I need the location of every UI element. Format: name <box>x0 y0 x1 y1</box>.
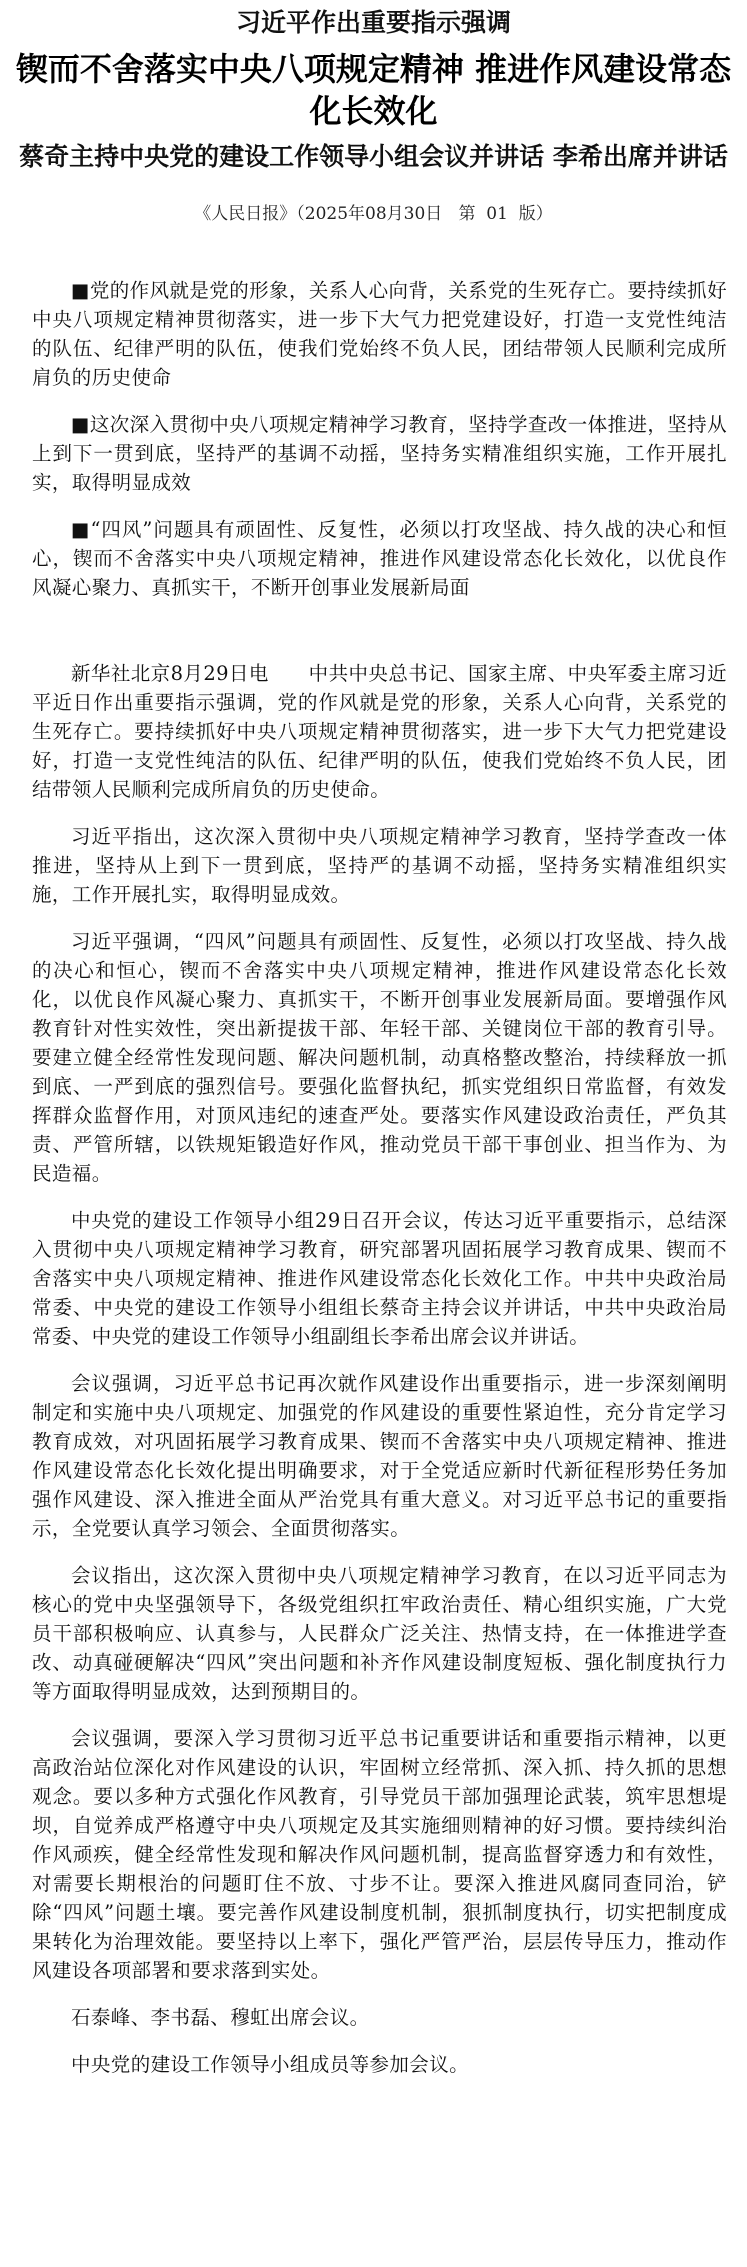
body-paragraph-participants: 中央党的建设工作领导小组成员等参加会议。 <box>32 2050 727 2079</box>
summary-text: 这次深入贯彻中央八项规定精神学习教育，坚持学查改一体推进，坚持从上到下一贯到底，… <box>32 413 727 494</box>
article-body: 新华社北京8月29日电 中共中央总书记、国家主席、中央军委主席习近平近日作出重要… <box>32 659 727 2079</box>
article-subhead: 蔡奇主持中央党的建设工作领导小组会议并讲话 李希出席并讲话 <box>0 140 747 174</box>
body-paragraph-dateline: 新华社北京8月29日电 中共中央总书记、国家主席、中央军委主席习近平近日作出重要… <box>32 659 727 804</box>
publication-source: 《人民日报》（2025年08月30日 第 01 版） <box>0 202 747 226</box>
body-paragraph: 习近平指出，这次深入贯彻中央八项规定精神学习教育，坚持学查改一体推进，坚持从上到… <box>32 822 727 909</box>
summary-item: ■党的作风就是党的形象，关系人心向背，关系党的生死存亡。要持续抓好中央八项规定精… <box>32 276 727 392</box>
summary-item: ■这次深入贯彻中央八项规定精神学习教育，坚持学查改一体推进，坚持从上到下一贯到底… <box>32 410 727 497</box>
summary-item: ■“四风”问题具有顽固性、反复性，必须以打攻坚战、持久战的决心和恒心，锲而不舍落… <box>32 515 727 602</box>
article-content: ■党的作风就是党的形象，关系人心向背，关系党的生死存亡。要持续抓好中央八项规定精… <box>0 276 747 2079</box>
body-paragraph: 中央党的建设工作领导小组29日召开会议，传达习近平重要指示，总结深入贯彻中央八项… <box>32 1206 727 1351</box>
square-bullet-icon: ■ <box>71 518 90 541</box>
square-bullet-icon: ■ <box>71 413 90 436</box>
body-paragraph: 习近平强调，“四风”问题具有顽固性、反复性，必须以打攻坚战、持久战的决心和恒心，… <box>32 927 727 1188</box>
body-paragraph: 会议指出，这次深入贯彻中央八项规定精神学习教育，在以习近平同志为核心的党中央坚强… <box>32 1561 727 1706</box>
article-kicker: 习近平作出重要指示强调 <box>0 0 747 40</box>
summary-text: “四风”问题具有顽固性、反复性，必须以打攻坚战、持久战的决心和恒心，锲而不舍落实… <box>32 518 727 599</box>
body-paragraph-attendees: 石泰峰、李书磊、穆虹出席会议。 <box>32 2003 727 2032</box>
summary-section: ■党的作风就是党的形象，关系人心向背，关系党的生死存亡。要持续抓好中央八项规定精… <box>32 276 727 602</box>
article-headline: 锲而不舍落实中央八项规定精神 推进作风建设常态化长效化 <box>0 48 747 132</box>
article-page: 习近平作出重要指示强调 锲而不舍落实中央八项规定精神 推进作风建设常态化长效化 … <box>0 0 747 2079</box>
body-paragraph: 会议强调，要深入学习贯彻习近平总书记重要讲话和重要指示精神，以更高政治站位深化对… <box>32 1724 727 1985</box>
summary-text: 党的作风就是党的形象，关系人心向背，关系党的生死存亡。要持续抓好中央八项规定精神… <box>32 279 727 389</box>
square-bullet-icon: ■ <box>71 279 90 302</box>
body-paragraph: 会议强调，习近平总书记再次就作风建设作出重要指示，进一步深刻阐明制定和实施中央八… <box>32 1369 727 1543</box>
